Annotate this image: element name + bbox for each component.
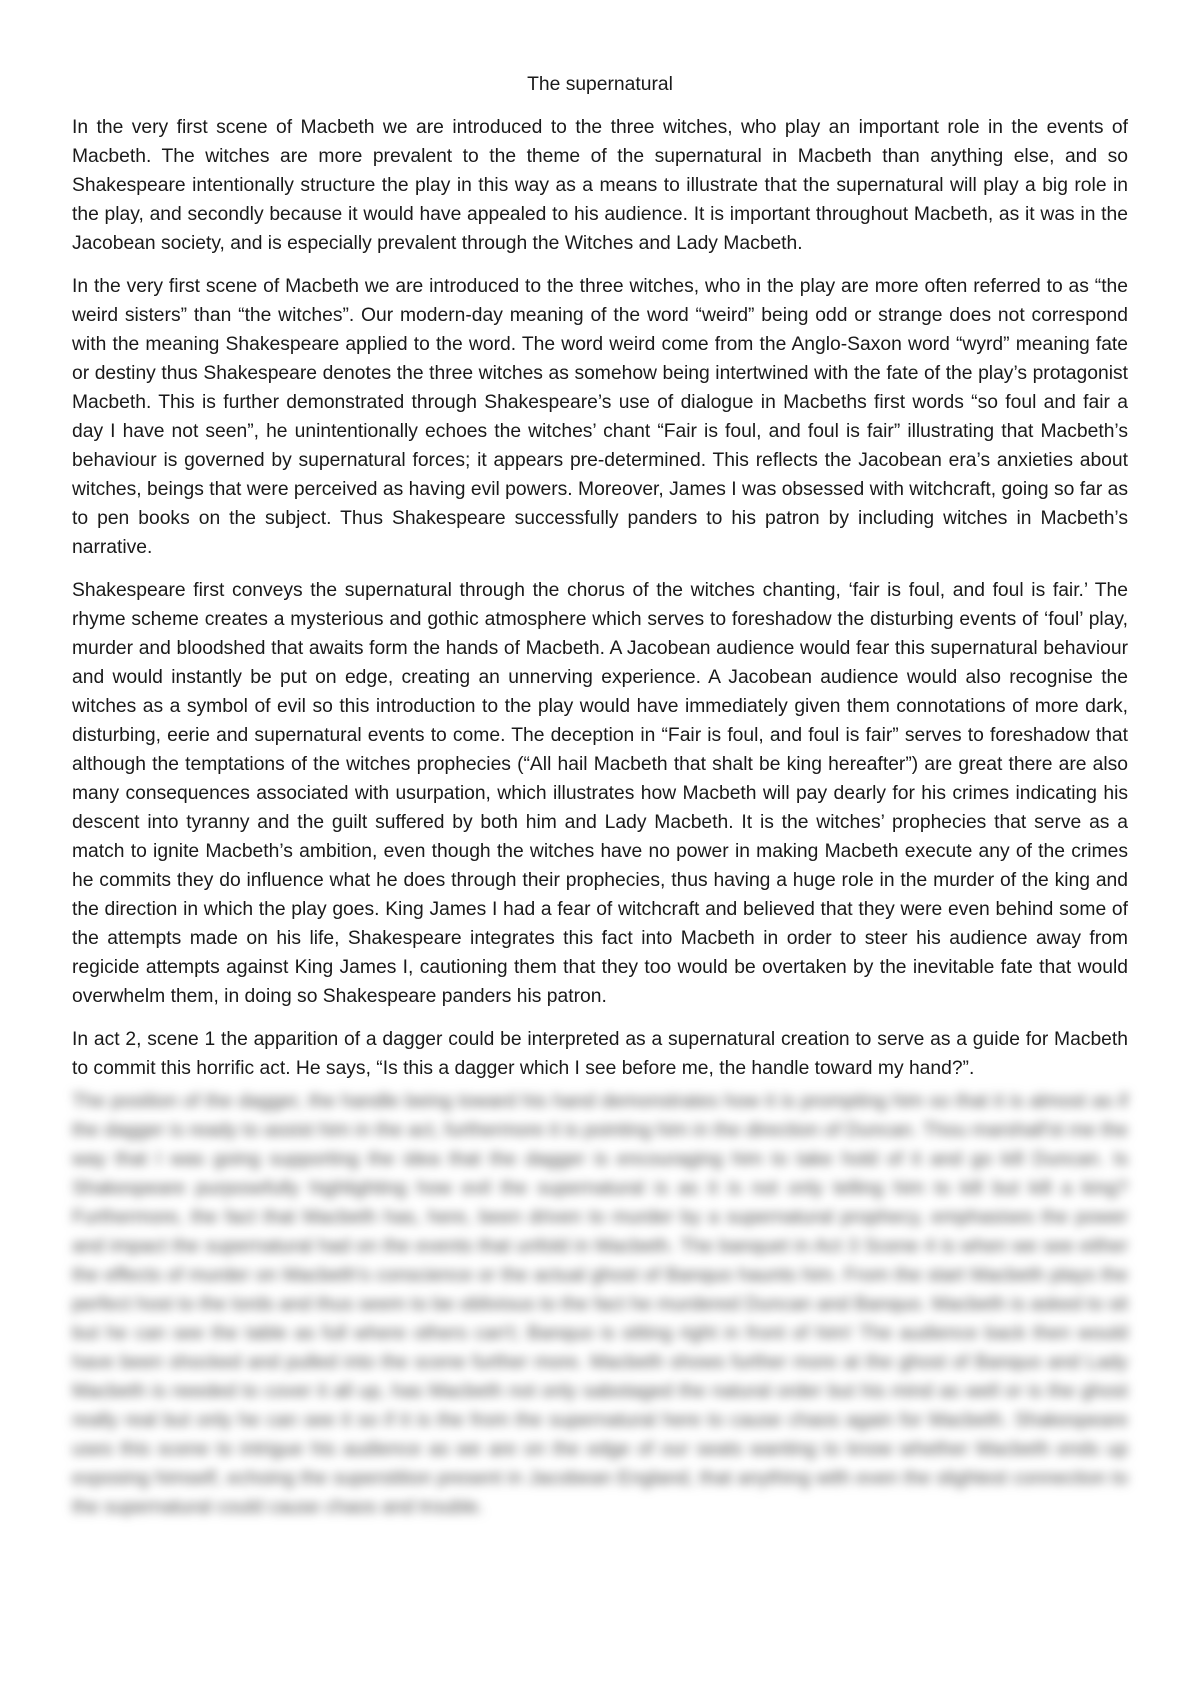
paragraph-4: In act 2, scene 1 the apparition of a da…: [72, 1025, 1128, 1083]
paragraph-2: In the very first scene of Macbeth we ar…: [72, 272, 1128, 562]
paragraph-1: In the very first scene of Macbeth we ar…: [72, 113, 1128, 258]
paragraph-3: Shakespeare first conveys the supernatur…: [72, 576, 1128, 1011]
document-page: The supernatural In the very first scene…: [72, 70, 1128, 1522]
blurred-paragraph: The position of the dagger, the handle b…: [72, 1087, 1128, 1522]
blurred-preview-region: The position of the dagger, the handle b…: [72, 1087, 1128, 1522]
document-title: The supernatural: [72, 70, 1128, 99]
